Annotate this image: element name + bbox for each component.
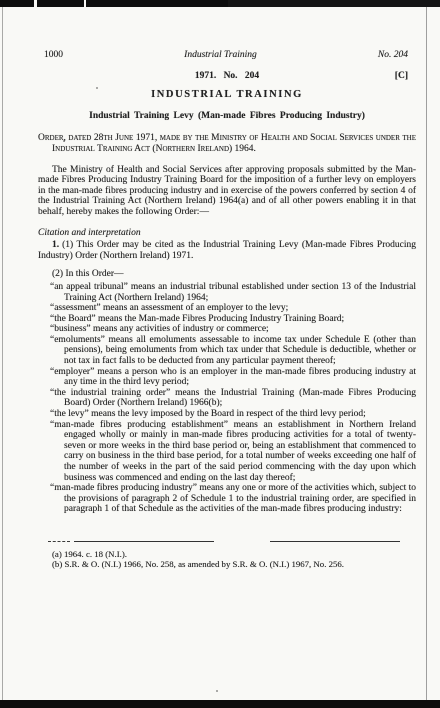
preamble-paragraph: The Ministry of Health and Social Servic… <box>38 165 416 218</box>
footnote-rule-segment <box>74 541 214 542</box>
article-1-paragraph-1: 1.(1) This Order may be cited as the Ind… <box>38 240 416 261</box>
running-header: 1000 Industrial Training No. 204 <box>38 50 416 61</box>
scan-top-edge-bar <box>0 0 440 7</box>
article-side-heading: Citation and interpretation <box>38 228 416 239</box>
footnote-rule-segment <box>48 541 70 542</box>
footnote-rule <box>48 541 416 543</box>
series-heading: INDUSTRIAL TRAINING <box>38 90 416 101</box>
category-mark: [C] <box>395 71 408 82</box>
definition-item: “man-made fibres producing establishment… <box>38 420 416 484</box>
issue-number: No. 204 <box>378 50 408 61</box>
definitions-list: “an appeal tribunal” means an industrial… <box>38 282 416 515</box>
definition-item: “the industrial training order” means th… <box>38 388 416 409</box>
definition-item: “an appeal tribunal” means an industrial… <box>38 282 416 303</box>
definition-item: “emoluments” means all emoluments assess… <box>38 335 416 367</box>
page-content: 1000 Industrial Training No. 204 1971. N… <box>38 50 416 569</box>
running-title: Industrial Training <box>184 50 257 61</box>
page-right-edge-line <box>426 7 427 700</box>
footnote-item: (b) S.R. & O. (N.I.) 1966, No. 258, as a… <box>52 559 416 569</box>
definition-item: “man-made fibres producing industry” mea… <box>38 483 416 515</box>
definition-item: “assessment” means an assessment of an e… <box>38 303 416 314</box>
statute-year-number: 1971. No. 204 <box>195 71 259 81</box>
page-number: 1000 <box>44 50 63 61</box>
definition-item: “the levy” means the levy imposed by the… <box>38 409 416 420</box>
footnote-rule-segment <box>270 541 400 542</box>
making-formula: Order, dated 28th June 1971, made by the… <box>38 133 416 154</box>
scanned-document-page: 1000 Industrial Training No. 204 1971. N… <box>0 0 440 708</box>
definition-item: “business” means any activities of indus… <box>38 324 416 335</box>
scan-bottom-edge-bar <box>0 700 440 708</box>
statute-year-number-line: 1971. No. 204 [C] <box>38 71 416 82</box>
clause-number: 1. <box>52 240 59 250</box>
definition-item: “employer” means a person who is an empl… <box>38 367 416 388</box>
article-1-paragraph-2: (2) In this Order— <box>38 269 416 280</box>
scan-speck <box>216 690 218 692</box>
definition-item: “the Board” means the Man-made Fibres Pr… <box>38 314 416 325</box>
order-title: Industrial Training Levy (Man-made Fibre… <box>38 111 416 122</box>
article-1-paragraph-1-text: (1) This Order may be cited as the Indus… <box>38 240 416 261</box>
footnote-item: (a) 1964. c. 18 (N.I.). <box>52 549 416 559</box>
page-left-edge-line <box>2 7 3 700</box>
footnotes: (a) 1964. c. 18 (N.I.). (b) S.R. & O. (N… <box>52 549 416 569</box>
